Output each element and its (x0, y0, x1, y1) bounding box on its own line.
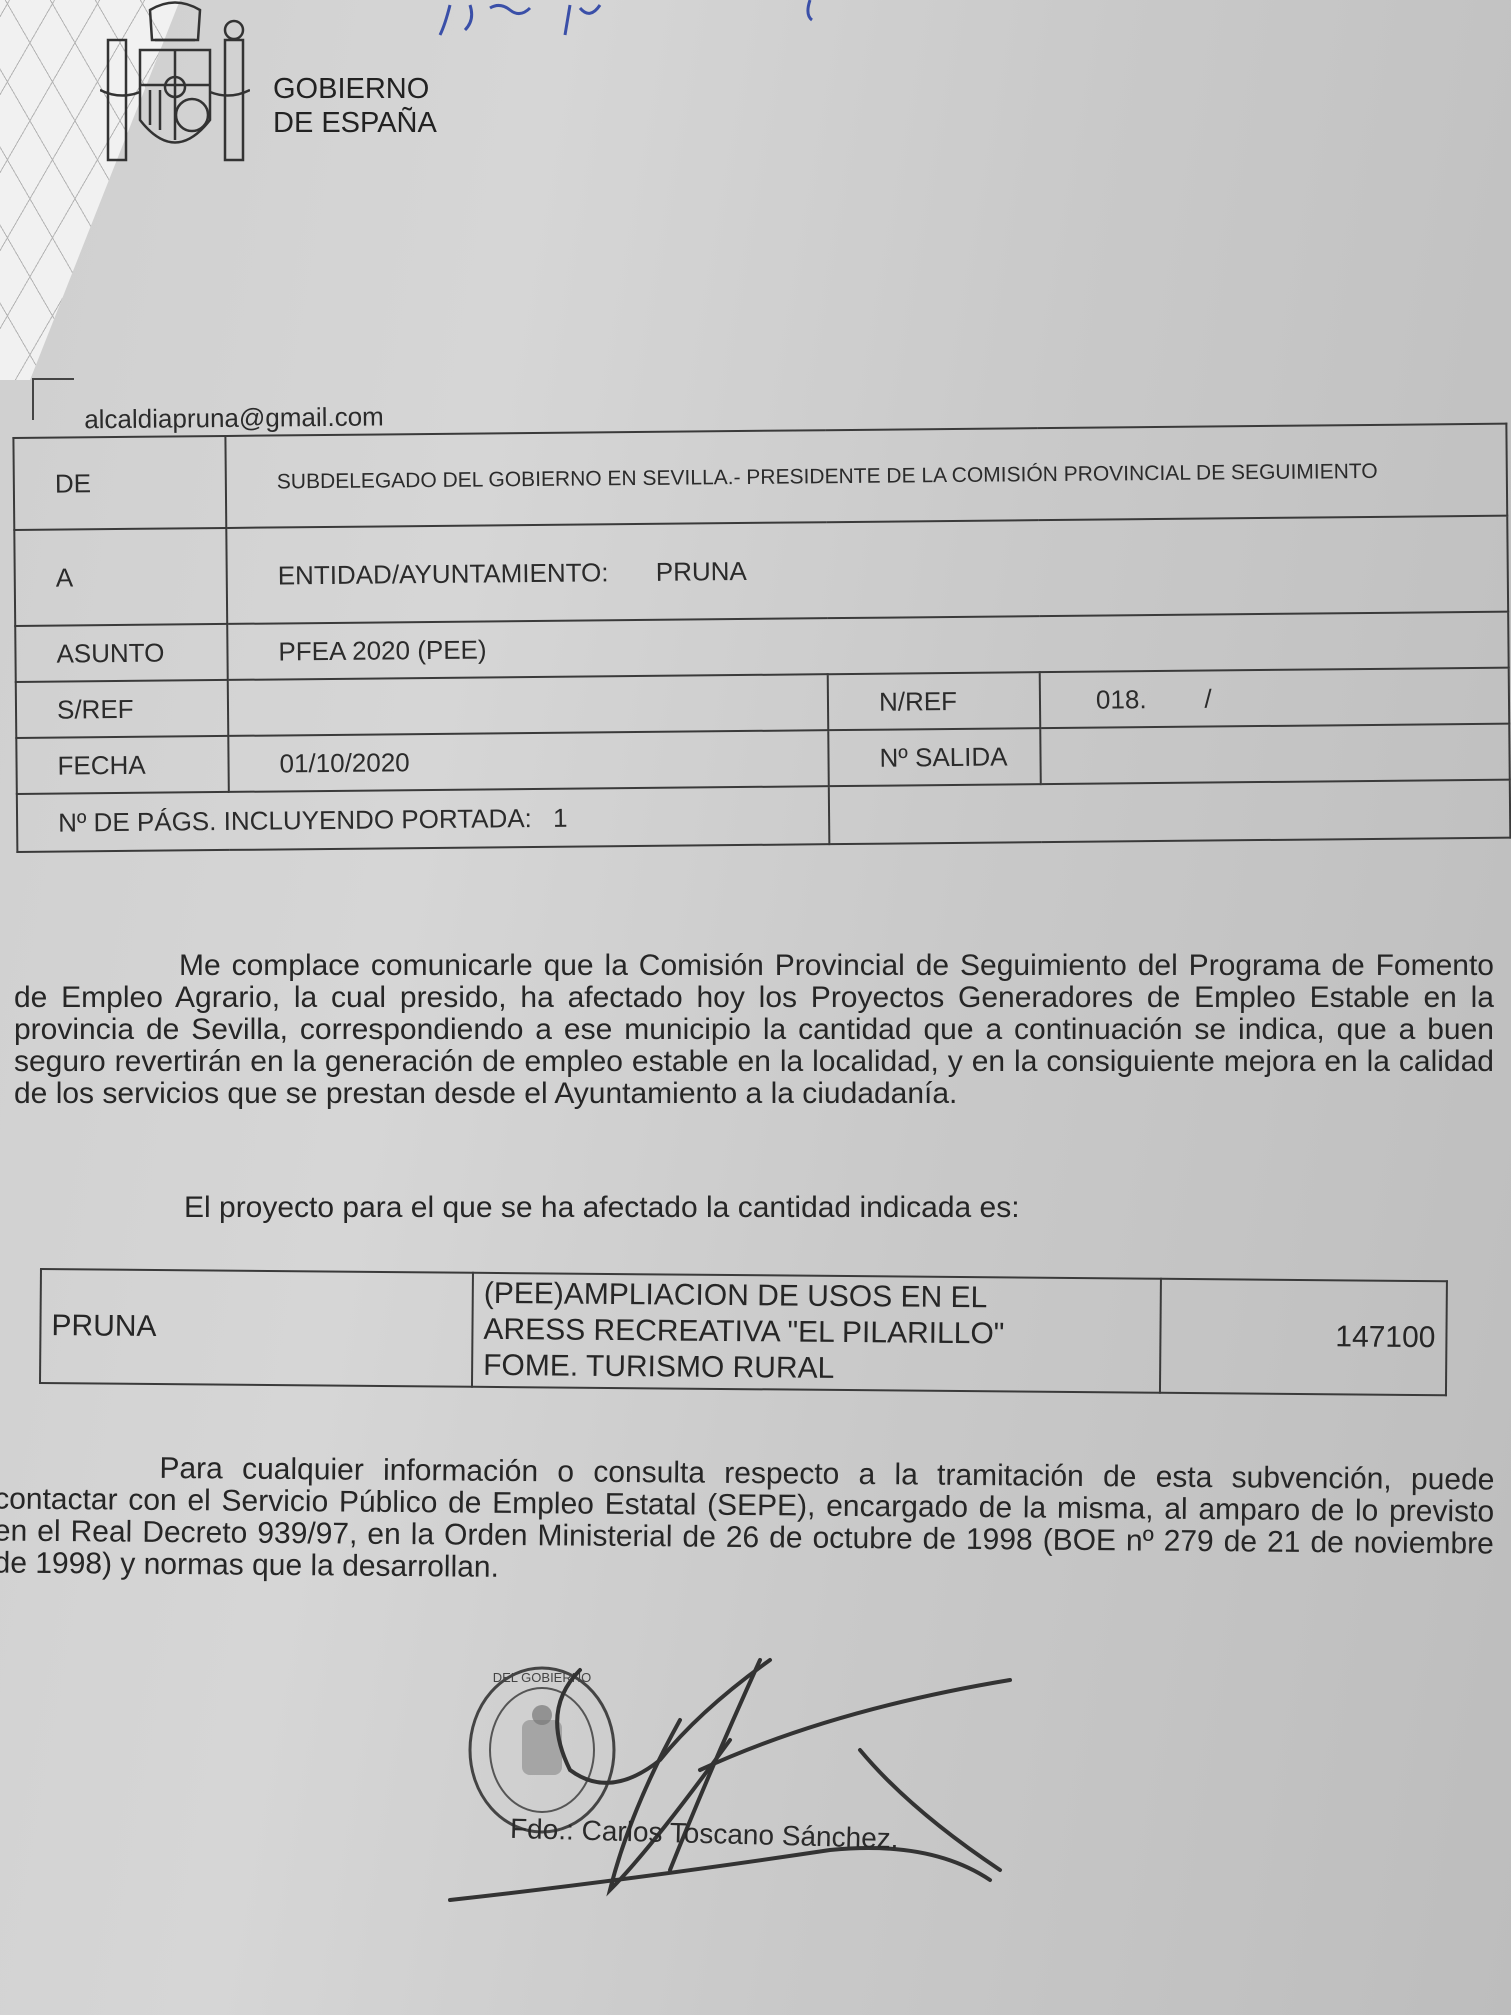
project-description-line: ARESS RECREATIVA "EL PILARILLO" (483, 1312, 1149, 1354)
entity-label: ENTIDAD/AYUNTAMIENTO: (278, 557, 609, 590)
government-letterhead: GOBIERNO DE ESPAÑA (273, 72, 437, 140)
fax-corner-mark (32, 378, 74, 420)
de-label: DE (13, 436, 226, 530)
project-description-line: (PEE)AMPLIACION DE USOS EN EL (484, 1276, 1150, 1318)
letterhead-line-2: DE ESPAÑA (273, 106, 437, 140)
body-paragraph-2: El proyecto para el que se ha afectado l… (14, 1192, 1494, 1224)
fecha-value: 01/10/2020 (228, 730, 829, 792)
project-table: PRUNA (PEE)AMPLIACION DE USOS EN EL ARES… (39, 1268, 1448, 1396)
pages-value: 1 (553, 802, 568, 832)
nref-value: 018. / (1040, 668, 1510, 728)
header-grid: DE SUBDELEGADO DEL GOBIERNO EN SEVILLA.-… (12, 423, 1511, 853)
project-description: (PEE)AMPLIACION DE USOS EN EL ARESS RECR… (472, 1273, 1161, 1393)
de-value: SUBDELEGADO DEL GOBIERNO EN SEVILLA.- PR… (225, 424, 1507, 528)
project-municipality: PRUNA (40, 1269, 473, 1387)
pages-empty-cell (829, 780, 1511, 845)
fecha-label: FECHA (16, 736, 229, 794)
handwritten-signature (430, 1650, 1030, 1910)
project-amount: 147100 (1160, 1279, 1447, 1395)
letterhead-line-1: GOBIERNO (273, 72, 437, 106)
header-table: alcaldiapruna@gmail.com DE SUBDELEGADO D… (12, 381, 1507, 395)
sref-value (228, 674, 829, 736)
project-description-line: FOME. TURISMO RURAL (483, 1348, 1149, 1390)
body-paragraph-3: Para cualquier información o consulta re… (0, 1451, 1495, 1592)
nref-label: N/REF (828, 672, 1041, 730)
project-row: PRUNA (PEE)AMPLIACION DE USOS EN EL ARES… (40, 1269, 1447, 1395)
body-paragraph-1: Me complace comunicarle que la Comisión … (14, 950, 1494, 1110)
pages-label: Nº DE PÁGS. INCLUYENDO PORTADA: (58, 803, 532, 838)
row-de: DE SUBDELEGADO DEL GOBIERNO EN SEVILLA.-… (13, 424, 1507, 530)
pages-cell: Nº DE PÁGS. INCLUYENDO PORTADA: 1 (17, 786, 830, 852)
sref-label: S/REF (16, 680, 229, 738)
asunto-label: ASUNTO (15, 624, 228, 682)
nsalida-label: Nº SALIDA (828, 728, 1041, 786)
a-label: A (14, 528, 227, 626)
spain-coat-of-arms-icon (100, 0, 250, 170)
handwritten-note (430, 0, 850, 40)
row-a: A ENTIDAD/AYUNTAMIENTO: PRUNA (14, 516, 1508, 626)
a-value-cell: ENTIDAD/AYUNTAMIENTO: PRUNA (226, 516, 1508, 624)
entity-value: PRUNA (656, 555, 747, 586)
email-address: alcaldiapruna@gmail.com (84, 401, 384, 435)
nsalida-value (1040, 724, 1510, 784)
